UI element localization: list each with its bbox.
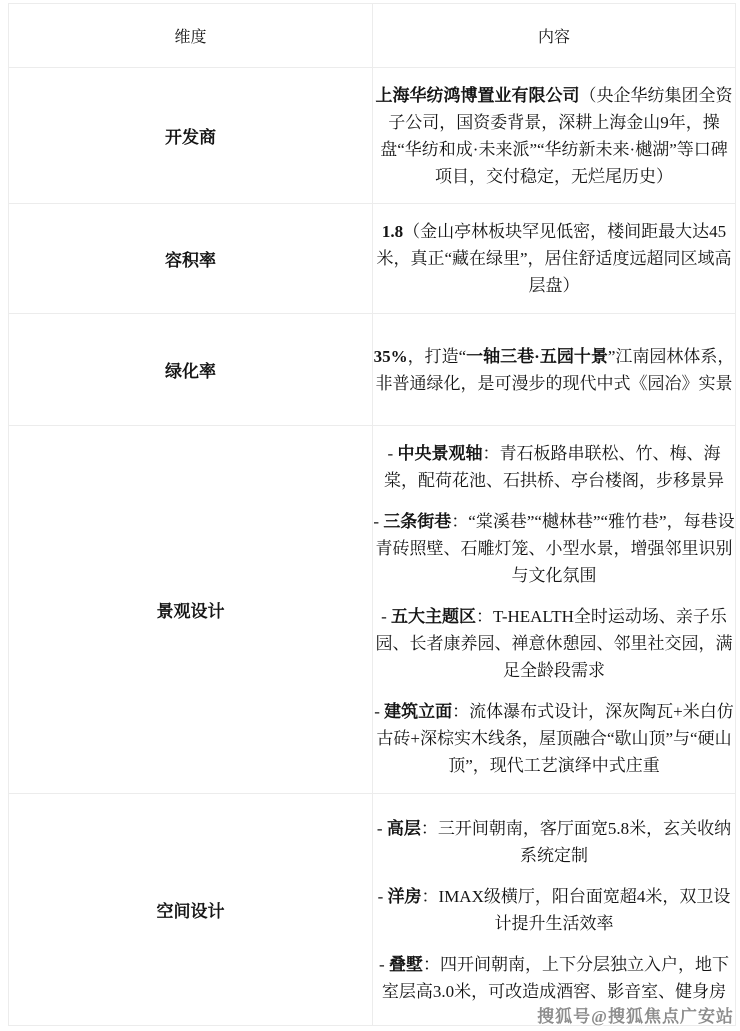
content-bold-text: 洋房 (388, 887, 422, 906)
dimension-cell: 绿化率 (9, 314, 373, 426)
content-text: ：四开间朝南，上下分层独立入户，地下室层高3.0米，可改造成酒窖、影音室、健身房 (382, 955, 729, 1001)
content-paragraph: - 洋房：IMAX级横厅，阳台面宽超4米，双卫设计提升生活效率 (373, 883, 735, 937)
content-cell: - 高层：三开间朝南，客厅面宽5.8米，玄关收纳系统定制- 洋房：IMAX级横厅… (373, 794, 736, 1026)
content-paragraph: - 三条街巷：“棠溪巷”“樾林巷”“雅竹巷”，每巷设青砖照壁、石雕灯笼、小型水景… (373, 508, 735, 589)
content-text: - (381, 607, 391, 626)
content-paragraph: 35%，打造“一轴三巷·五园十景”江南园林体系，非普通绿化，是可漫步的现代中式《… (373, 343, 735, 397)
content-text: - (377, 819, 387, 838)
content-bold-text: 35% (374, 347, 408, 366)
content-bold-text: 三条街巷 (383, 512, 451, 531)
content-text: - (373, 512, 383, 531)
content-text: - (379, 955, 389, 974)
table-header: 维度 内容 (9, 4, 736, 68)
content-cell: 1.8（金山亭林板块罕见低密，楼间距最大达45米，真正“藏在绿里”，居住舒适度远… (373, 204, 736, 314)
content-text: ，打造“ (408, 347, 467, 366)
article-page: 维度 内容 开发商上海华纺鸿博置业有限公司（央企华纺集团全资子公司，国资委背景，… (0, 3, 740, 1031)
content-text: ：IMAX级横厅，阳台面宽超4米，双卫设计提升生活效率 (422, 887, 731, 933)
content-paragraph: - 中央景观轴：青石板路串联松、竹、梅、海棠，配荷花池、石拱桥、亭台楼阁，步移景… (373, 440, 735, 494)
content-bold-text: 五大主题区 (391, 607, 476, 626)
table-body: 开发商上海华纺鸿博置业有限公司（央企华纺集团全资子公司，国资委背景，深耕上海金山… (9, 68, 736, 1026)
content-paragraph: - 建筑立面：流体瀑布式设计，深灰陶瓦+米白仿古砖+深棕实木线条，屋顶融合“歇山… (373, 698, 735, 779)
content-bold-text: 高层 (387, 819, 421, 838)
content-text: （金山亭林板块罕见低密，楼间距最大达45米，真正“藏在绿里”，居住舒适度远超同区… (376, 222, 731, 295)
dimension-cell: 开发商 (9, 68, 373, 204)
content-bold-text: 一轴三巷·五园十景 (466, 347, 608, 366)
content-bold-text: 建筑立面 (384, 702, 452, 721)
content-bold-text: 叠墅 (389, 955, 423, 974)
content-paragraph: 上海华纺鸿博置业有限公司（央企华纺集团全资子公司，国资委背景，深耕上海金山9年，… (373, 82, 735, 190)
content-bold-text: 上海华纺鸿博置业有限公司 (376, 86, 580, 105)
dimension-cell: 空间设计 (9, 794, 373, 1026)
sohu-watermark: 搜狐号@搜狐焦点广安站 (537, 1002, 734, 1027)
content-text: - (374, 702, 384, 721)
dimension-cell: 景观设计 (9, 426, 373, 794)
header-row: 维度 内容 (9, 4, 736, 68)
header-cell-content: 内容 (373, 4, 736, 68)
content-text: - (378, 887, 388, 906)
table-row: 开发商上海华纺鸿博置业有限公司（央企华纺集团全资子公司，国资委背景，深耕上海金山… (9, 68, 736, 204)
table-row: 容积率1.8（金山亭林板块罕见低密，楼间距最大达45米，真正“藏在绿里”，居住舒… (9, 204, 736, 314)
table-row: 绿化率35%，打造“一轴三巷·五园十景”江南园林体系，非普通绿化，是可漫步的现代… (9, 314, 736, 426)
content-cell: - 中央景观轴：青石板路串联松、竹、梅、海棠，配荷花池、石拱桥、亭台楼阁，步移景… (373, 426, 736, 794)
content-text: ：三开间朝南，客厅面宽5.8米，玄关收纳系统定制 (421, 819, 731, 865)
content-paragraph: 1.8（金山亭林板块罕见低密，楼间距最大达45米，真正“藏在绿里”，居住舒适度远… (373, 218, 735, 299)
table-row: 空间设计- 高层：三开间朝南，客厅面宽5.8米，玄关收纳系统定制- 洋房：IMA… (9, 794, 736, 1026)
content-paragraph: - 叠墅：四开间朝南，上下分层独立入户，地下室层高3.0米，可改造成酒窖、影音室… (373, 951, 735, 1005)
project-info-table: 维度 内容 开发商上海华纺鸿博置业有限公司（央企华纺集团全资子公司，国资委背景，… (8, 3, 736, 1026)
content-bold-text: 中央景观轴 (397, 444, 482, 463)
header-cell-dimension: 维度 (9, 4, 373, 68)
content-paragraph: - 高层：三开间朝南，客厅面宽5.8米，玄关收纳系统定制 (373, 815, 735, 869)
content-cell: 上海华纺鸿博置业有限公司（央企华纺集团全资子公司，国资委背景，深耕上海金山9年，… (373, 68, 736, 204)
content-bold-text: 1.8 (382, 222, 403, 241)
content-paragraph: - 五大主题区：T-HEALTH全时运动场、亲子乐园、长者康养园、禅意休憩园、邻… (373, 603, 735, 684)
content-text: - (388, 444, 398, 463)
table-row: 景观设计- 中央景观轴：青石板路串联松、竹、梅、海棠，配荷花池、石拱桥、亭台楼阁… (9, 426, 736, 794)
dimension-cell: 容积率 (9, 204, 373, 314)
content-cell: 35%，打造“一轴三巷·五园十景”江南园林体系，非普通绿化，是可漫步的现代中式《… (373, 314, 736, 426)
